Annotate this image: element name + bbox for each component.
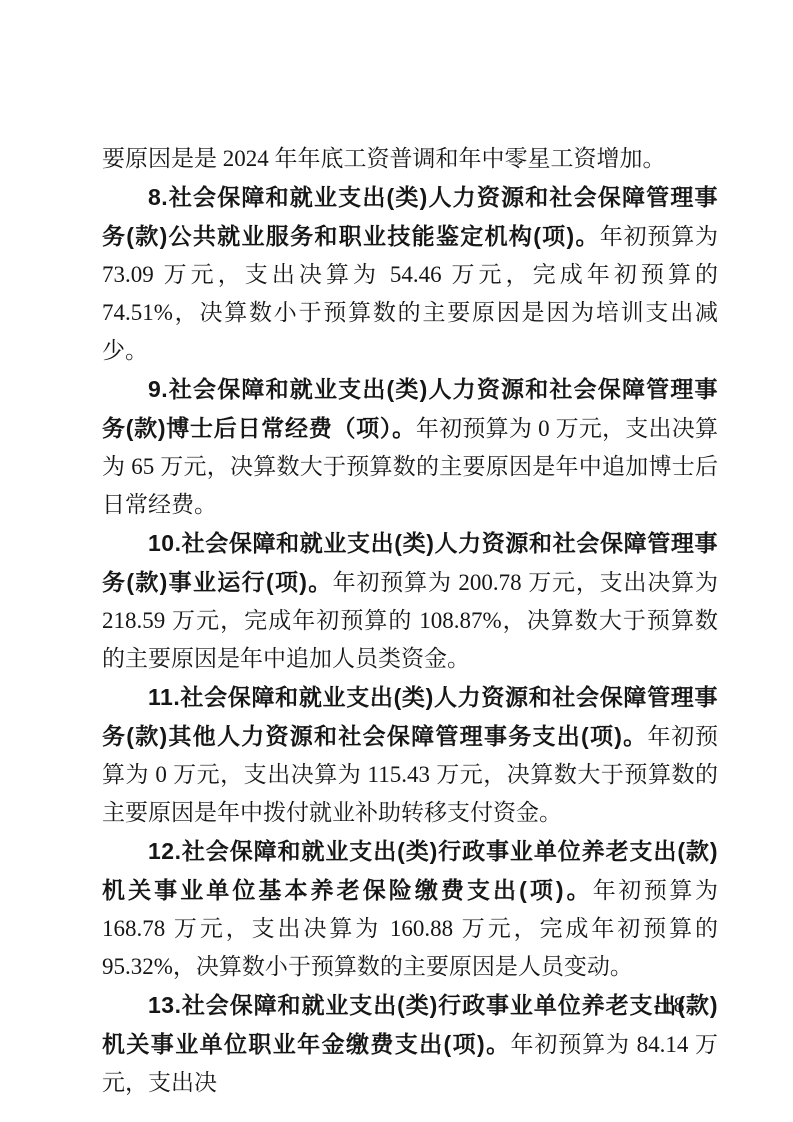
paragraph-9: 9.社会保障和就业支出(类)人力资源和社会保障管理事务(款)博士后日常经费（项）… [102,370,718,524]
document-page: 要原因是是 2024 年年底工资普调和年中零星工资增加。 8.社会保障和就业支出… [0,0,793,1122]
paragraph-8: 8.社会保障和就业支出(类)人力资源和社会保障管理事务(款)公共就业服务和职业技… [102,178,718,370]
paragraph-continuation: 要原因是是 2024 年年底工资普调和年中零星工资增加。 [102,140,718,178]
document-text-block: 要原因是是 2024 年年底工资普调和年中零星工资增加。 8.社会保障和就业支出… [102,140,718,1102]
paragraph-12: 12.社会保障和就业支出(类)行政事业单位养老支出(款)机关事业单位基本养老保险… [102,832,718,986]
paragraph-11: 11.社会保障和就业支出(类)人力资源和社会保障管理事务(款)其他人力资源和社会… [102,678,718,832]
paragraph-11-heading: 11.社会保障和就业支出(类)人力资源和社会保障管理事务(款)其他人力资源和社会… [102,684,718,749]
paragraph-10: 10.社会保障和就业支出(类)人力资源和社会保障管理事务(款)事业运行(项)。年… [102,524,718,678]
page-number: -18- [653,992,694,1018]
paragraph-13: 13.社会保障和就业支出(类)行政事业单位养老支出(款)机关事业单位职业年金缴费… [102,986,718,1102]
paragraph-continuation-text: 要原因是是 2024 年年底工资普调和年中零星工资增加。 [102,146,666,171]
